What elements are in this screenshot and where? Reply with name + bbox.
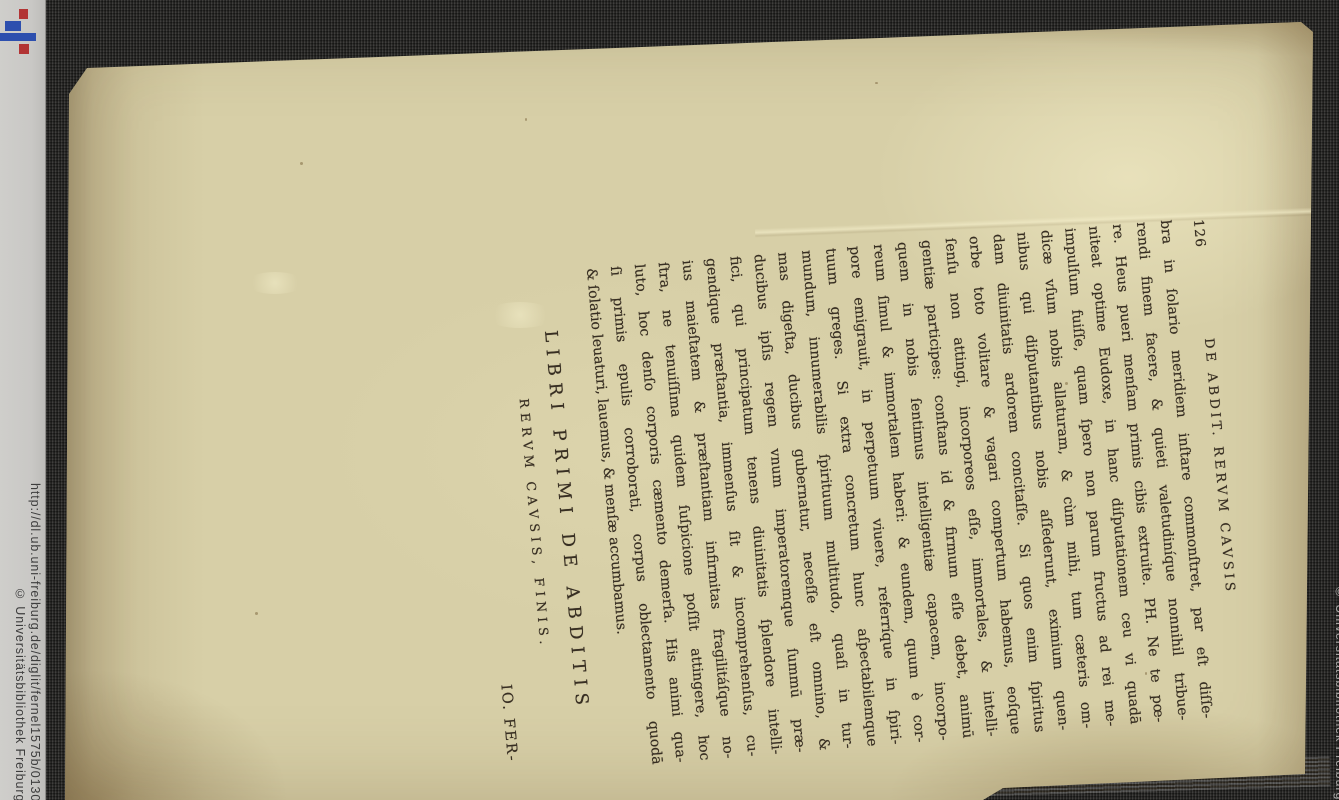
registration-blue-bar-short: [5, 21, 21, 31]
body-text: bra in ſolario meridiem inſtare commonſt…: [579, 219, 1219, 767]
registration-blue-bar-long: [0, 33, 36, 41]
registration-mark: [0, 0, 45, 60]
watermark-text: http://dl.ub.uni-freiburg.de/diglit/fern…: [0, 390, 47, 800]
paper-speck: [300, 162, 303, 165]
watermark-copyright: © Universitätsbibliothek Freiburg: [12, 390, 27, 800]
watermark-strip: http://dl.ub.uni-freiburg.de/diglit/fern…: [0, 0, 46, 800]
paper-speck: [255, 612, 258, 615]
paper-speck: [525, 118, 527, 121]
scan-viewer-canvas: { "watermark": { "url": "http://dl.ub.un…: [0, 0, 1339, 800]
registration-red-square-bottom: [19, 44, 29, 54]
watermark-url: http://dl.ub.uni-freiburg.de/diglit/fern…: [27, 390, 42, 800]
paper-stain: [245, 272, 305, 294]
registration-red-square-top: [19, 9, 28, 19]
paper-speck: [875, 82, 878, 84]
page-number: 126: [1190, 219, 1208, 249]
watermark-copyright-clipped: © Universitätsbibliothek Freiburg: [1334, 510, 1339, 800]
page-text-block: 126 DE ABDIT. RERVM CAVSIS bra in ſolari…: [436, 217, 1247, 780]
